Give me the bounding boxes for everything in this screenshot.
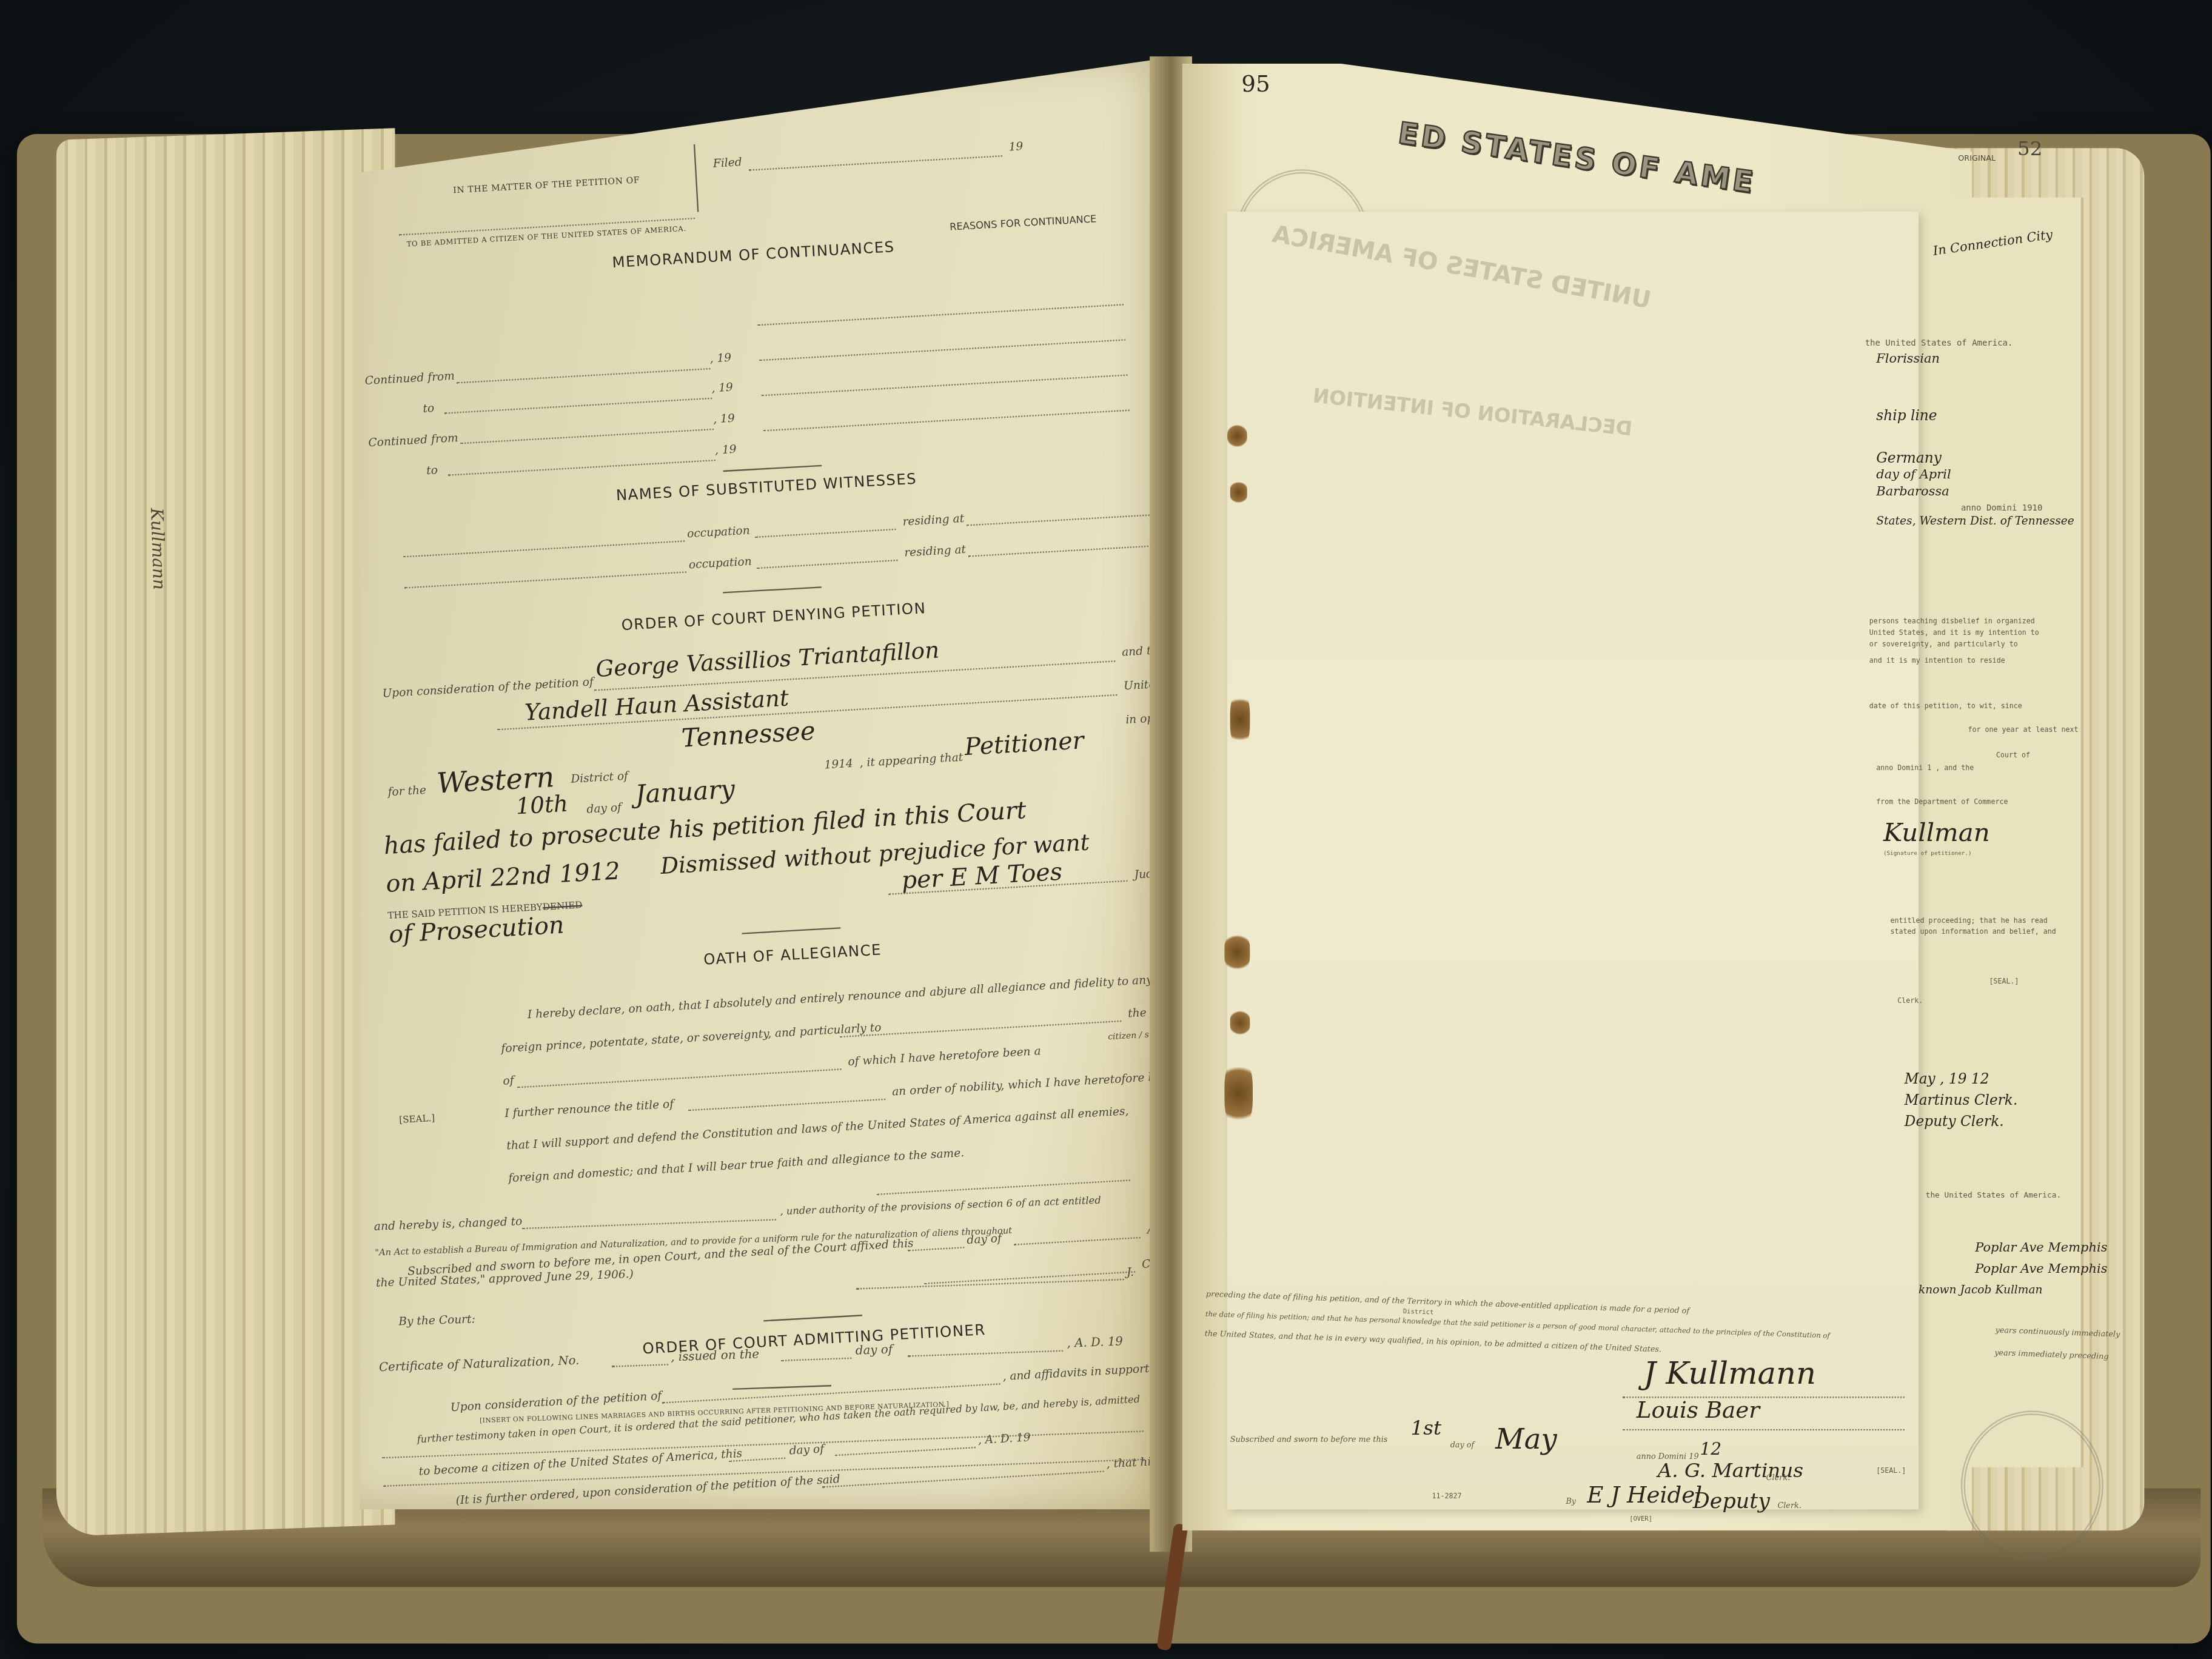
clerk-label: Clerk. — [1766, 1474, 1790, 1483]
oath-line-2-blank — [840, 1021, 1122, 1037]
subscribed-month-line — [1014, 1237, 1141, 1245]
occupation-1: occupation — [687, 524, 751, 540]
reasons-title: REASONS FOR CONTINUANCE — [950, 213, 1097, 233]
margin-entry: the United States of America. — [1926, 1192, 2061, 1201]
subscribed-sworn-label: Subscribed and sworn to before me this — [1230, 1436, 1388, 1444]
margin-entry: May , 19 12 — [1905, 1072, 1989, 1088]
occupation-2: occupation — [688, 555, 752, 571]
rust-mark — [1224, 931, 1250, 974]
by-court-label: By the Court: — [398, 1313, 475, 1328]
margin-entry: Poplar Ave Memphis — [1975, 1241, 2107, 1255]
reason-line-1 — [757, 304, 1124, 326]
margin-entry: and it is my intention to reside — [1869, 657, 2005, 666]
margin-entry: ship line — [1876, 409, 1937, 425]
margin-entry: the United States of America. — [1865, 338, 2013, 348]
to-year-1: , 19 — [711, 381, 734, 395]
clerk-seal-stamp — [1961, 1411, 2103, 1561]
oath-line-6: foreign and domestic; and that I will be… — [508, 1147, 965, 1185]
affidavit-district: District — [1403, 1309, 1434, 1317]
filed-line — [749, 155, 1002, 171]
margin-entry: anno Domini 1910 — [1961, 504, 2042, 514]
margin-entry: Barbarossa — [1876, 485, 1949, 499]
deputy-signature: E J Heidel — [1587, 1481, 1702, 1508]
rust-mark — [1224, 1058, 1253, 1128]
margin-entry: Poplar Ave Memphis — [1975, 1262, 2107, 1276]
admitting-month-line — [834, 1447, 975, 1456]
continued-line-1 — [457, 368, 710, 384]
petitioner-signature: J Kullmann — [1643, 1357, 1816, 1392]
residing-line-1 — [967, 514, 1150, 526]
admitting-year: , A. D. 19 — [977, 1431, 1031, 1447]
margin-entry: stated upon information and belief, and — [1891, 928, 2056, 937]
subscribed-year: 12 — [1700, 1439, 1721, 1459]
witness-line-1 — [403, 540, 685, 557]
margin-entry: persons teaching disbelief in organized — [1869, 618, 2035, 626]
residing-1: residing at — [902, 512, 965, 528]
continued-year-1: , 19 — [709, 351, 732, 365]
order-denying-title: ORDER OF COURT DENYING PETITION — [562, 597, 985, 638]
subscribed-day: 1st — [1411, 1418, 1442, 1440]
continued-from-1: Continued from — [364, 370, 455, 387]
reason-line-4 — [763, 409, 1130, 431]
subscribed-day-line — [908, 1247, 964, 1252]
handwritten-page-number: 95 — [1241, 70, 1270, 97]
rust-mark — [1230, 691, 1250, 748]
continued-from-2: Continued from — [368, 432, 458, 449]
over-label: [OVER] — [1629, 1517, 1652, 1524]
section-rule-2 — [723, 586, 822, 593]
left-page-content: IN THE MATTER OF THE PETITION OF Filed 1… — [320, 35, 1218, 1531]
deputy-clerk-label: Clerk. — [1777, 1503, 1801, 1511]
margin-entry: Germany — [1876, 451, 1942, 467]
petitioner-signature-margin: Kullman — [1883, 818, 1990, 848]
rust-mark — [1230, 1008, 1250, 1037]
admitting-said-line — [822, 1470, 1104, 1487]
to-line-2 — [448, 460, 716, 476]
year-value: 1914 — [824, 757, 853, 772]
oath-signature-line — [877, 1179, 1130, 1195]
appearing-label: , it appearing that — [859, 751, 964, 769]
margin-entry: [SEAL.] — [1989, 977, 2019, 986]
oath-line-1: I hereby declare, on oath, that I absolu… — [527, 973, 1153, 1021]
petition-of-label: IN THE MATTER OF THE PETITION OF — [453, 176, 640, 196]
upon-consideration-label: Upon consideration of the petition of — [382, 675, 594, 700]
subscribed-month: May — [1495, 1422, 1557, 1456]
oath-line-2-end: the — [1128, 1007, 1147, 1021]
day-value: 10th — [515, 790, 569, 820]
margin-entry: Deputy Clerk. — [1905, 1114, 2004, 1130]
day-of-label: day of — [586, 801, 622, 816]
section-rule-3 — [742, 927, 841, 934]
by-label: By — [1566, 1498, 1576, 1507]
admitting-day-of: day of — [789, 1443, 825, 1457]
reason-line-3 — [761, 374, 1127, 396]
margin-entry: States, Western Dist. of Tennessee — [1876, 515, 2074, 528]
state-name: Tennessee — [681, 717, 816, 754]
petitioner-name: George Vassillios Triantafillon — [595, 637, 940, 683]
filed-label: Filed — [712, 156, 742, 170]
oath-title: OATH OF ALLEGIANCE — [623, 937, 962, 973]
to-year-2: , 19 — [714, 443, 737, 457]
margin-entry: Court of — [1996, 752, 2030, 760]
admitting-line-1: Upon consideration of the petition of — [450, 1389, 662, 1413]
oath-line-3-mid: of which I have heretofore been a — [848, 1045, 1041, 1068]
seal-label-right: [SEAL.] — [1876, 1467, 1906, 1476]
filed-year: 19 — [1008, 140, 1024, 153]
form-number: 11-2827 — [1432, 1492, 1461, 1501]
margin-entry: (Signature of petitioner.) — [1883, 850, 1972, 857]
handwritten-date: on April 22nd 1912 — [385, 858, 621, 899]
continued-line-2 — [460, 429, 714, 444]
section-rule-1 — [723, 465, 822, 472]
margin-entry: entitled proceeding; that he has read — [1891, 917, 2048, 925]
witness-line-2 — [404, 571, 686, 588]
continued-year-2: , 19 — [713, 412, 736, 426]
margin-entry: anno Domini 1 , and the — [1876, 765, 1974, 773]
margin-entry: United States, and it is my intention to — [1869, 629, 2039, 638]
judge-mark: J. — [1127, 1265, 1134, 1278]
residing-line-2 — [968, 545, 1151, 557]
reason-line-2 — [759, 339, 1125, 361]
district-of-label: District of — [571, 769, 629, 785]
header-bracket — [694, 144, 699, 212]
admitting-line-4: (It is further ordered, upon considerati… — [455, 1473, 840, 1507]
oath-line-4-mid: an order of nobility, which I have heret… — [892, 1070, 1177, 1098]
seal-label: [SEAL.] — [399, 1113, 435, 1126]
margin-entry: date of this petition, to wit, since — [1869, 703, 2022, 711]
original-label: ORIGINAL — [1958, 155, 1996, 164]
left-margin-note: Kullmann — [147, 508, 169, 590]
oath-line-4-blank — [688, 1099, 885, 1111]
oath-line-3: of — [503, 1074, 514, 1087]
document-photo: Kullmann IN THE MATTER OF THE PETITION O… — [0, 0, 2212, 1659]
margin-entry: known Jacob Kullman — [1919, 1284, 2042, 1296]
rust-mark — [1230, 480, 1247, 505]
rust-mark — [1227, 423, 1247, 449]
residing-2: residing at — [904, 543, 967, 560]
admitted-label: TO BE ADMITTED A CITIZEN OF THE UNITED S… — [406, 225, 686, 249]
occupation-line-1 — [755, 529, 896, 538]
oath-line-2: foreign prince, potentate, state, or sov… — [501, 1021, 882, 1055]
oath-line-4: I further renounce the title of — [504, 1098, 674, 1119]
deputy-label: Deputy — [1693, 1488, 1770, 1513]
denied-struck: DENIED — [542, 899, 582, 913]
margin-entry: Clerk. — [1897, 997, 1923, 1006]
occupation-line-2 — [757, 560, 897, 569]
subscribed-day-of-right: day of — [1450, 1442, 1475, 1450]
certificate-ad: , A. D. 19 — [1067, 1335, 1123, 1351]
margin-entry: Florissian — [1876, 353, 1940, 367]
margin-entry: or sovereignty, and particularly to — [1869, 640, 2018, 649]
witnesses-title: NAMES OF SUBSTITUTED WITNESSES — [555, 468, 978, 508]
margin-entry: for one year at least next — [1968, 726, 2079, 735]
section-rule-4 — [763, 1315, 862, 1321]
to-2: to — [426, 464, 438, 477]
oath-line-3-blank — [517, 1068, 841, 1088]
month-value: January — [634, 775, 736, 810]
certificate-day-of: day of — [856, 1343, 893, 1358]
stamp-number: 52 — [2017, 138, 2042, 161]
to-1: to — [423, 402, 435, 415]
witness-signature: Louis Baer — [1637, 1396, 1760, 1423]
admitting-line-3: to become a citizen of the United States… — [418, 1447, 743, 1478]
handwritten-petitioner: Petitioner — [964, 727, 1085, 762]
witness-signature-line — [1623, 1429, 1905, 1430]
memorandum-title: MEMORANDUM OF CONTINUANCES — [570, 236, 937, 274]
margin-entry: day of April — [1876, 468, 1951, 482]
for-the-label: for the — [387, 784, 426, 799]
to-line-1 — [444, 398, 712, 414]
margin-entry: Martinus Clerk. — [1905, 1093, 2018, 1109]
margin-entry: from the Department of Commerce — [1876, 799, 2008, 807]
